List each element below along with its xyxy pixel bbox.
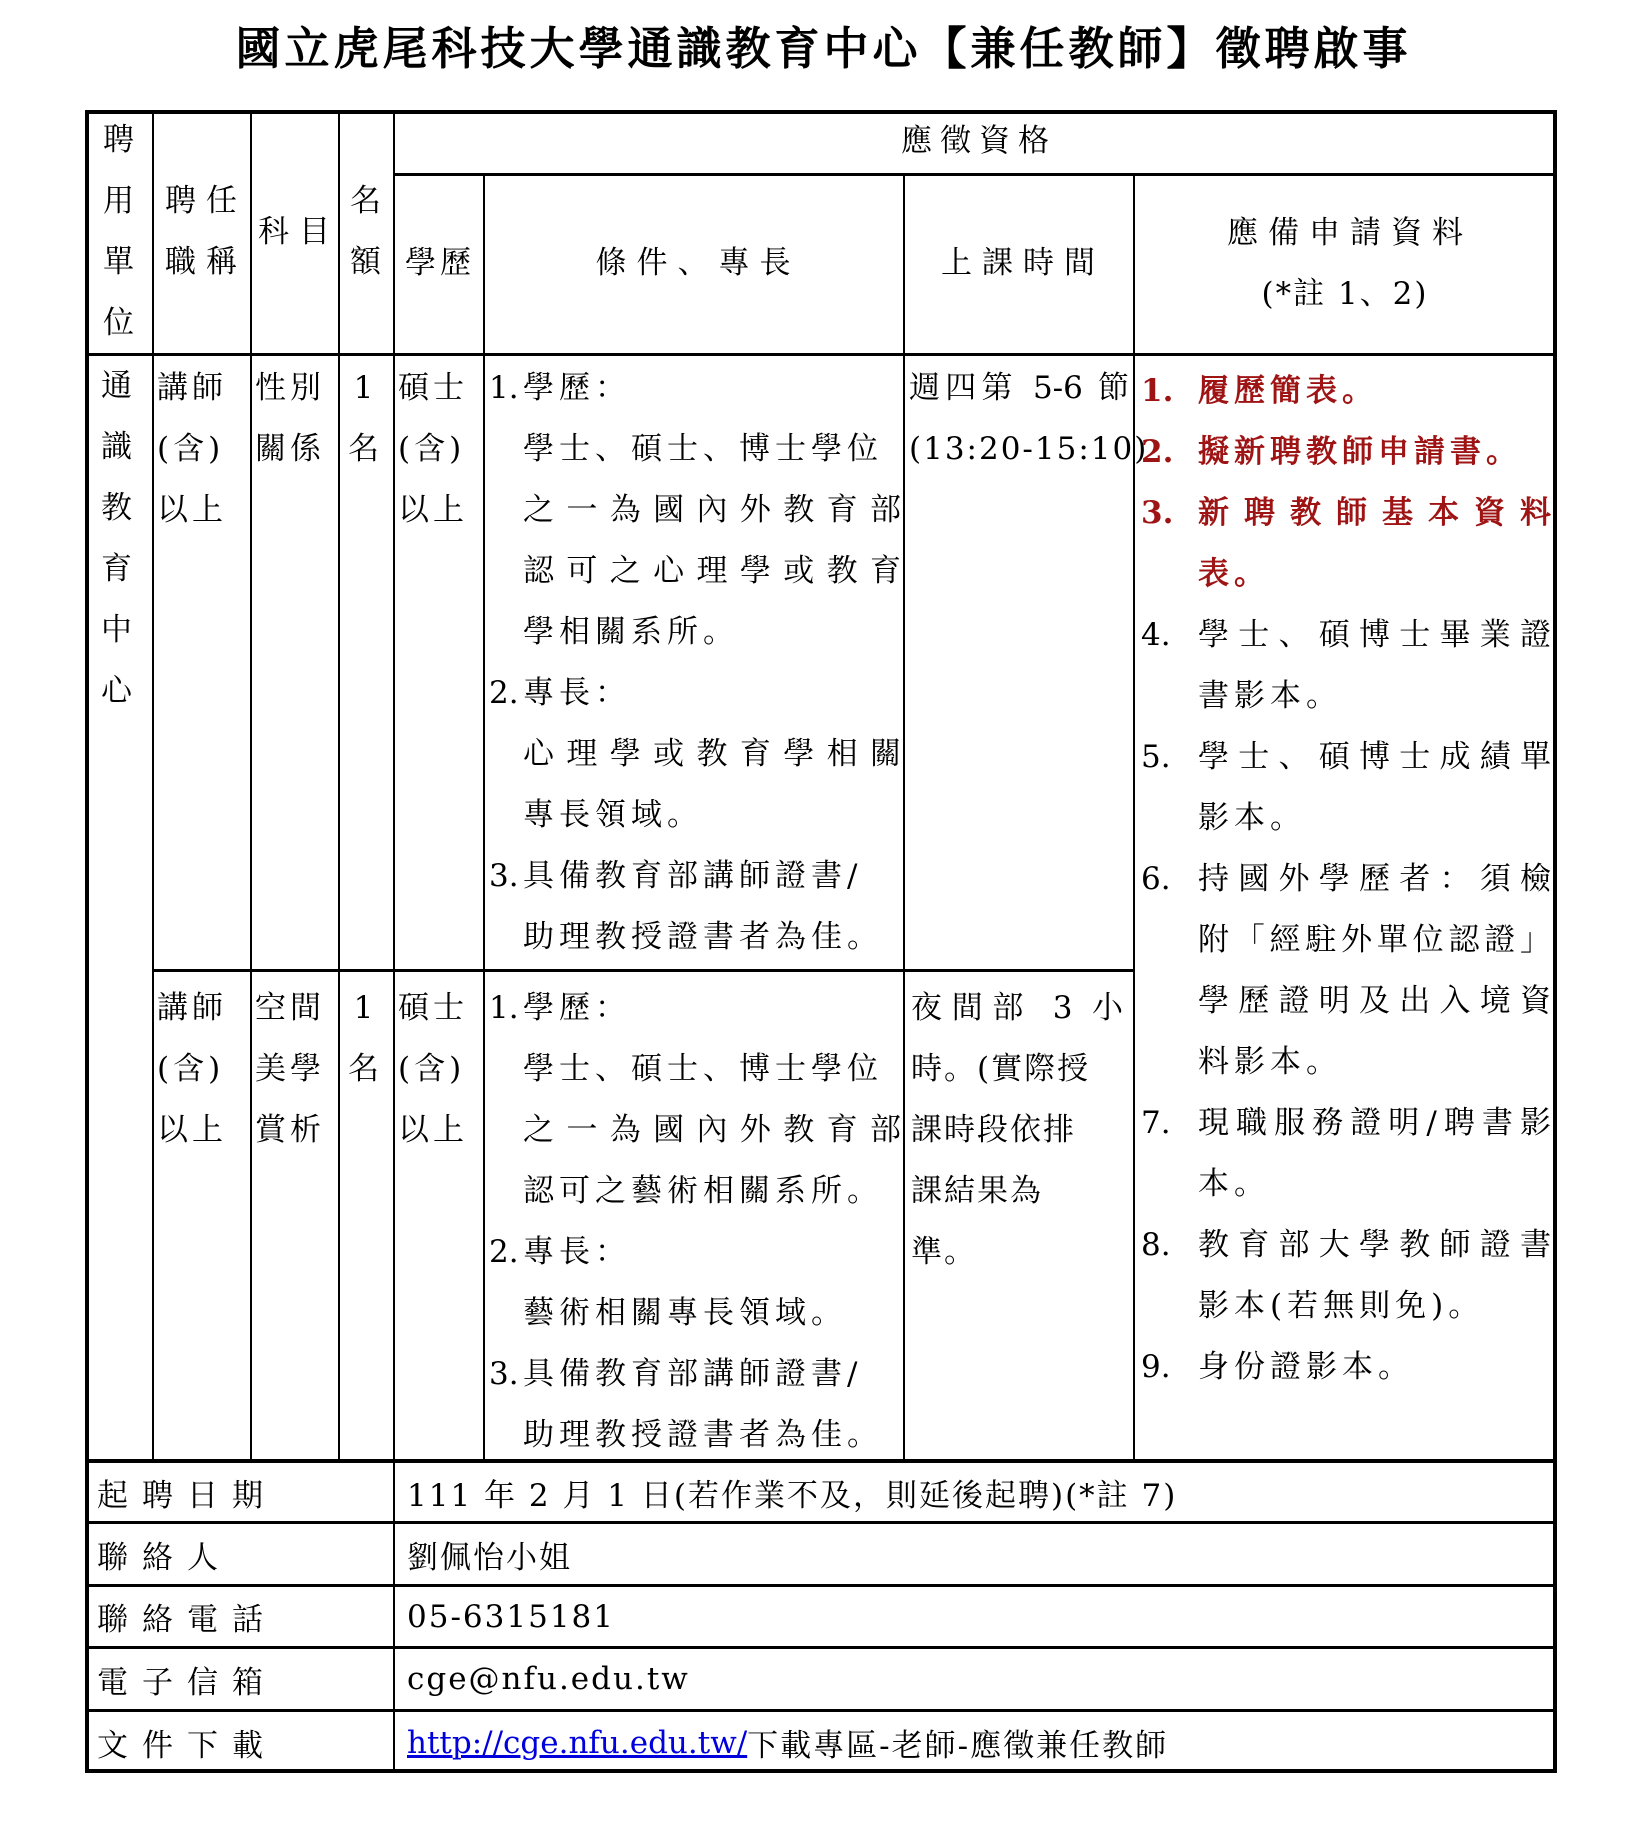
condition-line: 學相關系所。 [489,602,901,663]
document-item: 表。 [1141,544,1551,605]
document-item: 1.履歷簡表。 [1141,361,1551,422]
row1-quota: 1 名 [338,354,393,969]
condition-line: 2.專長： [489,663,901,724]
condition-line: 1.學歷： [489,978,901,1039]
condition-line: 之一為國內外教育部 [489,480,901,541]
document-item: 8.教育部大學教師證書 [1141,1215,1551,1276]
condition-line: 認可之心理學或教育 [489,541,901,602]
document-item: 料影本。 [1141,1032,1551,1093]
row1-conditions: 1.學歷： 學士、碩士、博士學位 之一為國內外教育部 認可之心理學或教育 學相關… [483,354,903,969]
row2-class-time: 夜間部 3 小 時。(實際授 課時段依排 課結果為 準。 [903,971,1133,1459]
row1-position: 講師 (含) 以上 [152,354,250,969]
document-item: 影本。 [1141,788,1551,849]
document-item: 9.身份證影本。 [1141,1337,1551,1398]
document-item: 書影本。 [1141,666,1551,727]
header-position-title: 聘任 職稱 [152,110,250,354]
header-degree: 學歷 [393,173,483,354]
document-item: 2.擬新聘教師申請書。 [1141,422,1551,483]
footer-label-email: 電子信箱 [85,1649,393,1709]
document-item: 附「經駐外單位認證」 [1141,910,1551,971]
condition-line: 學士、碩士、博士學位 [489,419,901,480]
footer-label-start-date: 起聘日期 [85,1463,393,1521]
row2-degree: 碩士 (含) 以上 [393,971,483,1459]
condition-line: 1.學歷： [489,358,901,419]
header-conditions-specialty: 條件、專長 [483,173,903,354]
required-documents-list: 1.履歷簡表。 2.擬新聘教師申請書。 3.新聘教師基本資料 表。 4.學士、碩… [1133,354,1557,1459]
document-item: 7.現職服務證明/聘書影 [1141,1093,1551,1154]
row1-degree: 碩士 (含) 以上 [393,354,483,969]
condition-line: 心理學或教育學相關 [489,724,901,785]
condition-line: 認可之藝術相關系所。 [489,1161,901,1222]
header-required-documents: 應備申請資料 (*註 1、2) [1133,173,1557,354]
footer-label-download: 文件下載 [85,1712,393,1773]
document-item: 影本(若無則免)。 [1141,1276,1551,1337]
page-title: 國立虎尾科技大學通識教育中心【兼任教師】徵聘啟事 [0,16,1647,82]
download-url-link[interactable]: http://cge.nfu.edu.tw/ [407,1725,747,1761]
footer-value-download: http://cge.nfu.edu.tw/下載專區-老師-應徵兼任教師 [395,1712,1557,1773]
condition-line: 之一為國內外教育部 [489,1100,901,1161]
document-item: 本。 [1141,1154,1551,1215]
recruitment-notice-page: 國立虎尾科技大學通識教育中心【兼任教師】徵聘啟事 聘 用 單 位 聘任 職稱 科… [0,0,1647,1832]
document-item: 4.學士、碩博士畢業證 [1141,605,1551,666]
row1-subject: 性別 關係 [250,354,338,969]
condition-line: 3.具備教育部講師證書/ [489,846,901,907]
footer-label-contact-phone: 聯絡電話 [85,1587,393,1646]
condition-line: 助理教授證書者為佳。 [489,1405,901,1466]
row2-position: 講師 (含) 以上 [152,971,250,1459]
condition-line: 藝術相關專長領域。 [489,1283,901,1344]
header-subject: 科目 [250,110,338,354]
condition-line: 2.專長： [489,1222,901,1283]
row2-subject: 空間 美學 賞析 [250,971,338,1459]
condition-line: 學士、碩士、博士學位 [489,1039,901,1100]
condition-line: 專長領域。 [489,785,901,846]
footer-value-contact-phone: 05-6315181 [395,1587,1557,1646]
document-item: 3.新聘教師基本資料 [1141,483,1551,544]
condition-line: 3.具備教育部講師證書/ [489,1344,901,1405]
row1-class-time: 週四第 5-6 節 (13:20-15:10) [903,354,1133,969]
header-class-time: 上課時間 [903,173,1133,354]
header-hiring-unit: 聘 用 單 位 [85,110,152,354]
header-application-qualification: 應徵資格 [393,110,1557,173]
document-item: 6.持國外學歷者：須檢 [1141,849,1551,910]
footer-value-email: cge@nfu.edu.tw [395,1649,1557,1709]
document-item: 學歷證明及出入境資 [1141,971,1551,1032]
footer-value-start-date: 111 年 2 月 1 日(若作業不及，則延後起聘)(*註 7) [395,1463,1557,1521]
condition-line: 助理教授證書者為佳。 [489,907,901,968]
row2-conditions: 1.學歷： 學士、碩士、博士學位 之一為國內外教育部 認可之藝術相關系所。 2.… [483,971,903,1459]
footer-label-contact-person: 聯絡人 [85,1524,393,1584]
document-item: 5.學士、碩博士成績單 [1141,727,1551,788]
footer-value-contact-person: 劉佩怡小姐 [395,1524,1557,1584]
row2-quota: 1 名 [338,971,393,1459]
unit-general-education-center: 通 識 教 育 中 心 [85,354,152,1459]
header-quota: 名 額 [338,110,393,354]
